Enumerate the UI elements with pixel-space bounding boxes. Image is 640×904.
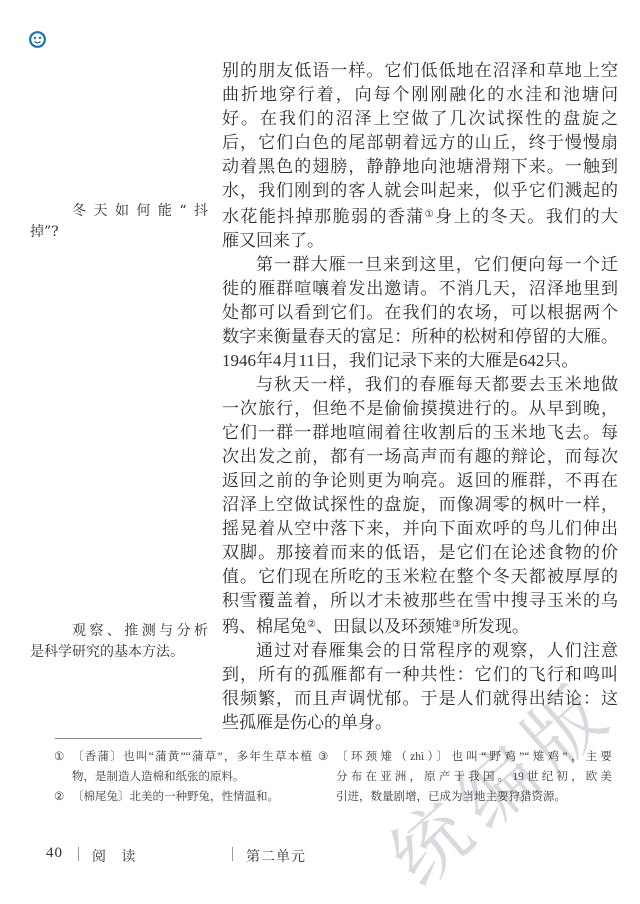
text-line: 曲折地穿行着，向每个刚刚融化的水洼和池塘问 <box>222 83 618 107</box>
text-line: 摇晃着从空中落下来，并向下面欢呼的鸟儿们伸出 <box>222 517 618 541</box>
footer-divider-bar <box>78 847 79 861</box>
margin-note-line: 掉”? <box>30 222 208 243</box>
smiley-face-icon <box>29 31 46 48</box>
text-line: 它们一群一群地喧闹着往收割后的玉米地飞去。每 <box>222 421 618 445</box>
footnote-ref: ① <box>425 209 435 220</box>
text-line: 值。它们现在所吃的玉米粒在整个冬天都被厚厚的 <box>222 565 618 589</box>
text-paragraph: 第一群大雁一旦来到这里，它们便向每一个迁徙的雁群喧嚷着发出邀请。不消几天，沼泽地… <box>222 253 618 373</box>
footnote-ref: ③ <box>452 619 461 630</box>
text-line: 积雪覆盖着，所以才未被那些在雪中搜寻玉米的乌 <box>222 589 618 613</box>
margin-note-line: 冬天如何能“抖 <box>30 201 208 222</box>
footnote-ref: ② <box>307 619 316 630</box>
margin-note-line: 是科学研究的基本方法。 <box>30 642 208 663</box>
footnote-entry: ②〔棉尾兔〕北美的一种野兔，性情温和。 <box>54 787 312 807</box>
footnote-line: 〔环颈雉（zhì）〕也叫“野鸡”“雉鸡”，主要 <box>336 747 612 767</box>
text-line: 很频繁，而且声调忧郁。于是人们就得出结论：这 <box>222 687 618 711</box>
text-line: 1946年4月11日，我们记录下来的大雁是642只。 <box>222 349 618 373</box>
text-line: 数字来衡量春天的富足：所种的松树和停留的大雁。 <box>222 325 618 349</box>
footnote-line: 分布在亚洲，原产于我国。19世纪初，欧美 <box>336 767 612 787</box>
footnote-marker: ① <box>54 747 64 767</box>
text-line: 水花能抖掉那脆弱的香蒲①身上的冬天。我们的大 <box>222 203 618 229</box>
text-line: 到，所有的孤雁都有一种共性：它们的飞行和鸣叫 <box>222 663 618 687</box>
textbook-page: { "icons": { "corner": "smiley-face-icon… <box>0 0 640 904</box>
page-footer: 40 阅 读 第二单元 <box>0 845 640 867</box>
text-paragraph: 与秋天一样，我们的春雁每天都要去玉米地做一次旅行，但绝不是偷偷摸摸进行的。从早到… <box>222 373 618 639</box>
footnote-entry: ①〔香蒲〕也叫“蒲黄”“蒲草”，多年生草本植物，是制造人造棉和纸张的原料。 <box>54 747 312 787</box>
footnotes-right-column: ③〔环颈雉（zhì）〕也叫“野鸡”“雉鸡”，主要分布在亚洲，原产于我国。19世纪… <box>318 747 612 807</box>
text-line: 通过对春雁集会的日常程序的观察，人们注意 <box>222 639 618 663</box>
text-line: 第一群大雁一旦来到这里，它们便向每一个迁 <box>222 253 618 277</box>
text-line: 沼泽上空做试探性的盘旋，而像凋零的枫叶一样， <box>222 493 618 517</box>
footer-unit-label: 第二单元 <box>246 846 306 866</box>
footnote-divider <box>55 738 202 739</box>
text-line: 返回之前的争论则更为响亮。返回的雁群，不再在 <box>222 469 618 493</box>
footer-section-label: 阅 读 <box>92 846 142 866</box>
main-text: 别的朋友低语一样。它们低低地在沼泽和草地上空曲折地穿行着，向每个刚刚融化的水洼和… <box>222 59 618 735</box>
footnote-line: 物，是制造人造棉和纸张的原料。 <box>72 767 312 787</box>
footnotes-left-column: ①〔香蒲〕也叫“蒲黄”“蒲草”，多年生草本植物，是制造人造棉和纸张的原料。②〔棉… <box>54 747 312 807</box>
text-paragraph: 别的朋友低语一样。它们低低地在沼泽和草地上空曲折地穿行着，向每个刚刚融化的水洼和… <box>222 59 618 253</box>
text-line: 好。在我们的沼泽上空做了几次试探性的盘旋之 <box>222 107 618 131</box>
footnote-line: 〔棉尾兔〕北美的一种野兔，性情温和。 <box>72 787 312 807</box>
footer-divider-bar <box>232 847 233 861</box>
footnote-entry: ③〔环颈雉（zhì）〕也叫“野鸡”“雉鸡”，主要分布在亚洲，原产于我国。19世纪… <box>318 747 612 807</box>
margin-note-question: 冬天如何能“抖掉”? <box>30 201 208 243</box>
text-line: 双脚。那接着而来的低语，是它们在论述食物的价 <box>222 541 618 565</box>
text-line: 与秋天一样，我们的春雁每天都要去玉米地做 <box>222 373 618 397</box>
text-line: 后，它们白色的尾部朝着远方的山丘，终于慢慢扇 <box>222 131 618 155</box>
text-line: 动着黑色的翅膀，静静地向池塘滑翔下来。一触到 <box>222 155 618 179</box>
footnote-marker: ③ <box>318 747 328 767</box>
text-line: 雁又回来了。 <box>222 229 618 253</box>
text-line: 徙的雁群喧嚷着发出邀请。不消几天，沼泽地里到 <box>222 277 618 301</box>
text-line: 鸦、棉尾兔②、田鼠以及环颈雉③所发现。 <box>222 613 618 639</box>
text-paragraph: 通过对春雁集会的日常程序的观察，人们注意到，所有的孤雁都有一种共性：它们的飞行和… <box>222 639 618 735</box>
text-line: 水，我们刚到的客人就会叫起来，似乎它们溅起的 <box>222 179 618 203</box>
margin-note-line: 观察、推测与分析 <box>30 621 208 642</box>
page-number: 40 <box>46 845 63 862</box>
footnote-marker: ② <box>54 787 64 807</box>
footnote-line: 引进，数量剧增，已成为当地主要狩猎资源。 <box>336 787 612 807</box>
text-line: 些孤雁是伤心的单身。 <box>222 711 618 735</box>
text-line: 别的朋友低语一样。它们低低地在沼泽和草地上空 <box>222 59 618 83</box>
text-line: 次出发之前，都有一场高声而有趣的辩论，而每次 <box>222 445 618 469</box>
margin-note-comment: 观察、推测与分析是科学研究的基本方法。 <box>30 621 208 663</box>
footnote-line: 〔香蒲〕也叫“蒲黄”“蒲草”，多年生草本植 <box>72 747 312 767</box>
text-line: 一次旅行，但绝不是偷偷摸摸进行的。从早到晚， <box>222 397 618 421</box>
text-line: 处都可以看到它们。在我们的农场，可以根据两个 <box>222 301 618 325</box>
